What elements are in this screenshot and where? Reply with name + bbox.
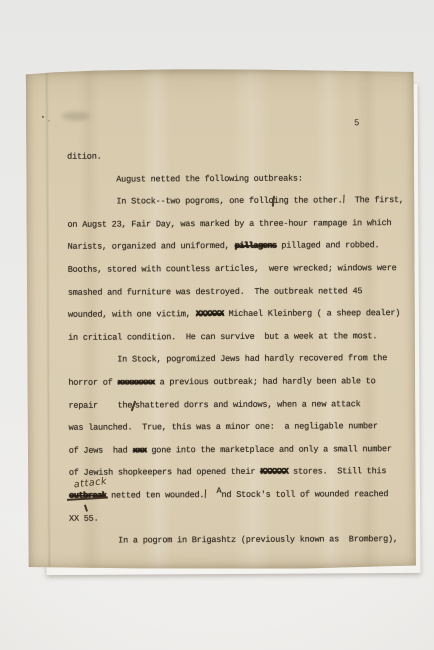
struck-out-word: xxx bbox=[132, 445, 146, 455]
text-segment: Michael Kleinberg ( a sheep dealer) bbox=[223, 308, 400, 319]
text-segment: stores. Still this bbox=[288, 466, 386, 477]
text-line: dition. bbox=[67, 144, 403, 168]
raised-letter: A bbox=[216, 480, 221, 503]
paper-fold-line bbox=[46, 70, 51, 570]
text-segment: was launched. True, this was a minor one… bbox=[69, 421, 378, 433]
text-segment: The first, bbox=[345, 195, 404, 205]
text-line: horror of xxxxxxxx a previous outbreak; … bbox=[68, 370, 404, 394]
text-segment: repair the bbox=[68, 400, 132, 410]
typed-text-body: dition. August netted the following outb… bbox=[67, 144, 405, 552]
struck-out-word: pillagens bbox=[234, 241, 276, 251]
text-segment: nd Stock's toll of wounded reached bbox=[221, 489, 388, 500]
document-page: 5 dition. August netted the following ou… bbox=[26, 68, 417, 570]
text-line: Booths, stored with countless articles, … bbox=[68, 257, 404, 281]
text-segment: on Augst 23, Fair Day, was marked by a t… bbox=[67, 218, 391, 230]
text-line: August netted the following outbreaks: bbox=[67, 167, 403, 191]
text-line: was launched. True, this was a minor one… bbox=[69, 415, 405, 439]
text-line: repair theshattered dorrs and windows, w… bbox=[68, 393, 404, 417]
text-line: on Augst 23, Fair Day, was marked by a t… bbox=[67, 212, 403, 236]
text-segment: smashed and furniture was destroyed. The… bbox=[68, 286, 362, 298]
paper-specks bbox=[42, 116, 44, 118]
text-line: In a pogrom in Brigashtz (previously kno… bbox=[69, 528, 405, 552]
photo-background: 5 dition. August netted the following ou… bbox=[0, 0, 434, 650]
text-segment: in critical condition. He can survive bu… bbox=[68, 331, 377, 343]
text-segment: Booths, stored with countless articles, … bbox=[68, 263, 397, 275]
struck-out-word: XXXXXX bbox=[196, 309, 224, 319]
text-segment: wounded, with one victim, bbox=[68, 309, 196, 320]
text-line: Narists, organized and uniformed, pillag… bbox=[68, 234, 404, 258]
text-segment bbox=[207, 490, 217, 500]
text-segment: In a pogrom in Brigashtz (previously kno… bbox=[118, 534, 398, 545]
text-segment: In Stock, pogromized Jews had hardly rec… bbox=[117, 353, 387, 364]
text-line: in critical condition. He can survive bu… bbox=[68, 325, 404, 349]
text-segment: In Stock--two pogroms, one follo bbox=[116, 196, 273, 207]
text-line: of Jews had xxx gone into the marketplac… bbox=[69, 438, 405, 462]
text-line: In Stock, pogromized Jews had hardly rec… bbox=[68, 347, 404, 371]
text-segment: dition. bbox=[67, 152, 101, 162]
text-segment: August netted the following outbreaks: bbox=[116, 173, 303, 184]
text-segment: XX 55. bbox=[69, 513, 99, 523]
text-line: smashed and furniture was destroyed. The… bbox=[68, 280, 404, 304]
struck-out-word: KXXXXX bbox=[260, 467, 288, 477]
handwritten-correction: attack bbox=[73, 471, 109, 497]
text-line: In Stock--two pogroms, one folloing the … bbox=[67, 189, 403, 213]
text-segment: a previous outbreak; had hardly been abl… bbox=[155, 376, 376, 387]
text-segment: of Jews had bbox=[69, 445, 133, 455]
text-line: XX 55. bbox=[69, 506, 405, 530]
text-segment: netted ten wounded. bbox=[106, 490, 204, 501]
page-number: 5 bbox=[354, 118, 359, 128]
text-segment: horror of bbox=[68, 377, 117, 387]
text-segment: gone into the marketplace and only a sma… bbox=[146, 444, 391, 455]
struck-out-word: xxxxxxxx bbox=[117, 377, 154, 387]
corrected-word-group: attackoutbreak bbox=[69, 485, 106, 508]
text-segment: shattered dorrs and windows, when a new … bbox=[135, 399, 361, 410]
text-segment: pillaged and robbed. bbox=[276, 241, 379, 252]
text-line: of Jewish shopkeepers had opened their K… bbox=[69, 460, 405, 484]
text-segment: ing the other. bbox=[274, 196, 343, 206]
text-segment: Narists, organized and uniformed, bbox=[68, 241, 235, 252]
text-line: attackoutbreak netted ten wounded. And S… bbox=[69, 483, 405, 507]
text-line: wounded, with one victim, XXXXXX Michael… bbox=[68, 302, 404, 326]
